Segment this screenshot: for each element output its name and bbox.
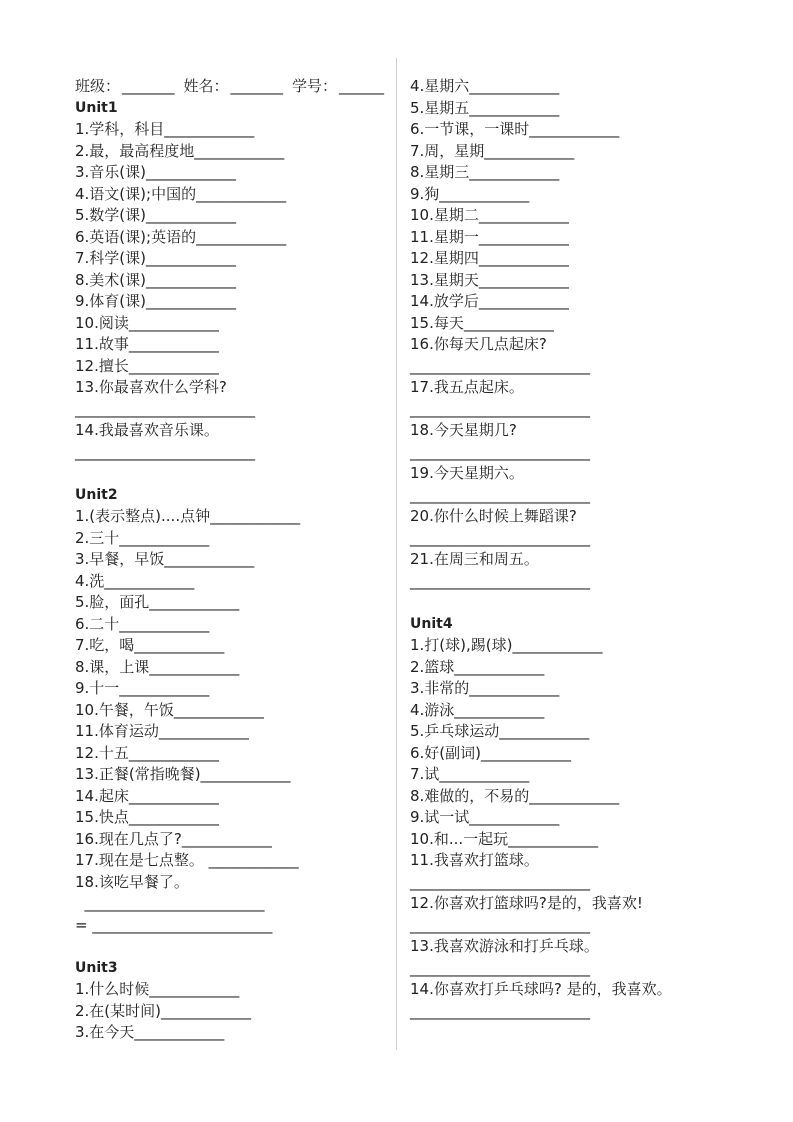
vocab-item: 16.现在几点了?____________ [75, 829, 395, 851]
vocab-item: 6.好(副词)____________ [410, 743, 770, 765]
vocab-item: 3.非常的____________ [410, 678, 770, 700]
vocab-item: 20.你什么时候上舞蹈课? [410, 506, 770, 528]
vocab-item: 15.每天____________ [410, 313, 770, 335]
vocab-item: 12.十五____________ [75, 743, 395, 765]
answer-blank-line: ________________________ [75, 442, 395, 464]
unit-heading: Unit4 [410, 614, 770, 636]
vocab-item: 4.游泳____________ [410, 700, 770, 722]
vocab-item: 9.体育(课)____________ [75, 291, 395, 313]
field-blank: ______ [339, 77, 384, 95]
vocab-item: 4.洗____________ [75, 571, 395, 593]
vocab-item: 8.难做的，不易的____________ [410, 786, 770, 808]
vocab-item: 15.快点____________ [75, 807, 395, 829]
field-label: 学号： [292, 77, 337, 95]
vocab-item: 7.试____________ [410, 764, 770, 786]
vocab-item: 10.午餐，午饭____________ [75, 700, 395, 722]
vocab-item: 5.数学(课)____________ [75, 205, 395, 227]
vocab-item: 21.在周三和周五。 [410, 549, 770, 571]
vocab-item: 18.该吃早餐了。 [75, 872, 395, 894]
vocab-item: 10.星期二____________ [410, 205, 770, 227]
vocab-item: 13.正餐(常指晚餐)____________ [75, 764, 395, 786]
unit-heading: Unit2 [75, 485, 395, 507]
left-column: 班级：_______姓名：_______学号：______Unit11.学科，科… [75, 76, 395, 1044]
vocab-item: 13.星期天____________ [410, 270, 770, 292]
vocab-item: 1.什么时候____________ [75, 979, 395, 1001]
vocab-item: 8.课，上课____________ [75, 657, 395, 679]
unit-heading: Unit3 [75, 958, 395, 980]
answer-blank-line: ________________________ [410, 571, 770, 593]
vocab-item: 9.狗____________ [410, 184, 770, 206]
blank-spacer [410, 592, 770, 614]
vocab-item: 6.英语(课);英语的____________ [75, 227, 395, 249]
answer-blank-line: ________________________ [410, 1001, 770, 1023]
vocab-item: 17.现在是七点整。 ____________ [75, 850, 395, 872]
vocab-item: 5.星期五____________ [410, 98, 770, 120]
vocab-item: 3.在今天____________ [75, 1022, 395, 1044]
vocab-item: 7.周，星期____________ [410, 141, 770, 163]
field-blank: _______ [122, 77, 175, 95]
vocab-item: 2.在(某时间)____________ [75, 1001, 395, 1023]
vocab-item: 3.音乐(课)____________ [75, 162, 395, 184]
vocab-item: 16.你每天几点起床? [410, 334, 770, 356]
vocab-item: 4.星期六____________ [410, 76, 770, 98]
vocab-item: 1.打(球),踢(球)____________ [410, 635, 770, 657]
vocab-item: 4.语文(课);中国的____________ [75, 184, 395, 206]
vocab-item: 19.今天星期六。 [410, 463, 770, 485]
vocab-item: 12.你喜欢打篮球吗?是的，我喜欢! [410, 893, 770, 915]
vocab-item: 11.星期一____________ [410, 227, 770, 249]
vocab-item: 1.学科，科目____________ [75, 119, 395, 141]
vocab-item: 12.擅长____________ [75, 356, 395, 378]
vocab-item: 14.我最喜欢音乐课。 [75, 420, 395, 442]
vocab-item: 6.二十____________ [75, 614, 395, 636]
vocab-item: 7.吃，喝____________ [75, 635, 395, 657]
vocab-item: 8.星期三____________ [410, 162, 770, 184]
answer-blank-line: = ________________________ [75, 915, 395, 937]
vocab-item: 3.早餐，早饭____________ [75, 549, 395, 571]
vocab-item: 9.十一____________ [75, 678, 395, 700]
field-blank: _______ [231, 77, 284, 95]
answer-blank-line: ________________________ [410, 528, 770, 550]
vocab-item: 9.试一试____________ [410, 807, 770, 829]
vocab-item: 2.最，最高程度地____________ [75, 141, 395, 163]
vocab-item: 5.乒乓球运动____________ [410, 721, 770, 743]
field-label: 姓名： [184, 77, 229, 95]
vocab-item: 10.阅读____________ [75, 313, 395, 335]
student-info-header: 班级：_______姓名：_______学号：______ [75, 76, 395, 98]
unit-heading: Unit1 [75, 98, 395, 120]
answer-blank-line: ________________________ [410, 442, 770, 464]
answer-blank-line: ________________________ [75, 399, 395, 421]
answer-blank-line: ________________________ [410, 915, 770, 937]
vocab-item: 18.今天星期几? [410, 420, 770, 442]
answer-blank-line: ________________________ [410, 399, 770, 421]
vocab-item: 1.(表示整点)....点钟____________ [75, 506, 395, 528]
vocab-item: 12.星期四____________ [410, 248, 770, 270]
vocab-item: 11.我喜欢打篮球。 [410, 850, 770, 872]
answer-blank-line: ________________________ [75, 893, 395, 915]
vocab-item: 14.放学后____________ [410, 291, 770, 313]
vocab-item: 14.起床____________ [75, 786, 395, 808]
vocab-item: 13.我喜欢游泳和打乒乓球。 [410, 936, 770, 958]
vocab-item: 8.美术(课)____________ [75, 270, 395, 292]
answer-blank-line: ________________________ [410, 485, 770, 507]
field-label: 班级： [75, 77, 120, 95]
blank-spacer [75, 463, 395, 485]
vocab-item: 11.故事____________ [75, 334, 395, 356]
vocab-item: 7.科学(课)____________ [75, 248, 395, 270]
vocab-item: 14.你喜欢打乒乓球吗? 是的，我喜欢。 [410, 979, 770, 1001]
answer-blank-line: ________________________ [410, 872, 770, 894]
vocab-item: 10.和...一起玩____________ [410, 829, 770, 851]
blank-spacer [75, 936, 395, 958]
column-divider [396, 58, 397, 1050]
answer-blank-line: ________________________ [410, 356, 770, 378]
vocab-item: 6.一节课，一课时____________ [410, 119, 770, 141]
vocab-item: 5.脸，面孔____________ [75, 592, 395, 614]
vocab-item: 13.你最喜欢什么学科? [75, 377, 395, 399]
answer-blank-line: ________________________ [410, 958, 770, 980]
vocab-item: 17.我五点起床。 [410, 377, 770, 399]
vocab-item: 11.体育运动____________ [75, 721, 395, 743]
vocab-item: 2.篮球____________ [410, 657, 770, 679]
vocab-item: 2.三十____________ [75, 528, 395, 550]
right-column: 4.星期六____________5.星期五____________6.一节课，… [410, 76, 770, 1022]
worksheet-page: 班级：_______姓名：_______学号：______Unit11.学科，科… [0, 0, 793, 1122]
